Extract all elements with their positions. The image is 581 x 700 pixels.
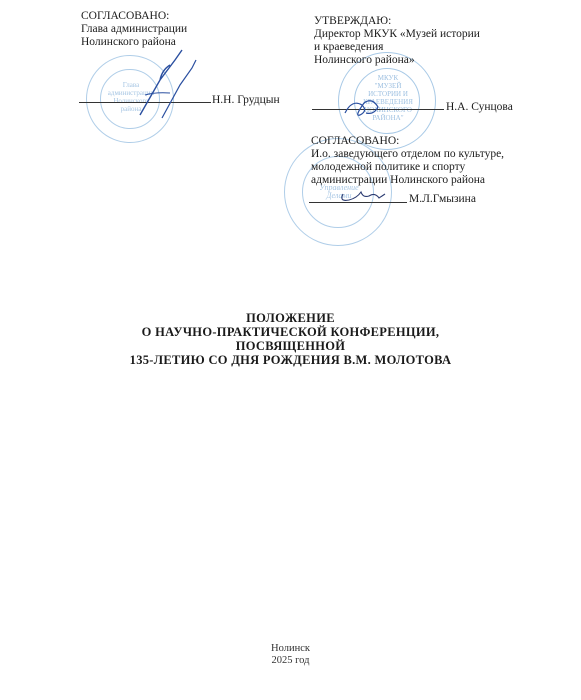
approval-right-position-cont: и краеведения xyxy=(314,41,383,54)
signatory-left: Н.Н. Грудцын xyxy=(212,94,280,107)
approval-middle-heading: СОГЛАСОВАНО: xyxy=(311,135,399,148)
signatory-right: Н.А. Сунцова xyxy=(446,101,513,114)
footer-city: Нолинск xyxy=(0,643,581,655)
document-title: ПОЛОЖЕНИЕ xyxy=(0,311,581,325)
document-subtitle-line3: 135-ЛЕТИЮ СО ДНЯ РОЖДЕНИЯ В.М. МОЛОТОВА xyxy=(0,353,581,367)
footer-year: 2025 год xyxy=(0,655,581,667)
approval-left-heading: СОГЛАСОВАНО: xyxy=(81,10,169,23)
document-subtitle-line1: О НАУЧНО-ПРАКТИЧЕСКОЙ КОНФЕРЕНЦИИ, xyxy=(0,325,581,339)
signatory-middle: М.Л.Гмызина xyxy=(409,193,476,206)
approval-left-position: Глава администрации xyxy=(81,23,187,36)
approval-middle-position: И.о. заведующего отделом по культуре, xyxy=(311,148,504,161)
approval-middle-position-cont: молодежной политике и спорту xyxy=(311,161,465,174)
approval-right-heading: УТВЕРЖДАЮ: xyxy=(314,15,391,28)
approval-right-organization: Нолинского района» xyxy=(314,54,415,67)
signature-right xyxy=(340,95,390,120)
signature-middle xyxy=(335,180,395,205)
signature-left xyxy=(100,40,200,120)
document-subtitle-line2: ПОСВЯЩЕННОЙ xyxy=(0,339,581,353)
approval-right-position: Директор МКУК «Музей истории xyxy=(314,28,480,41)
